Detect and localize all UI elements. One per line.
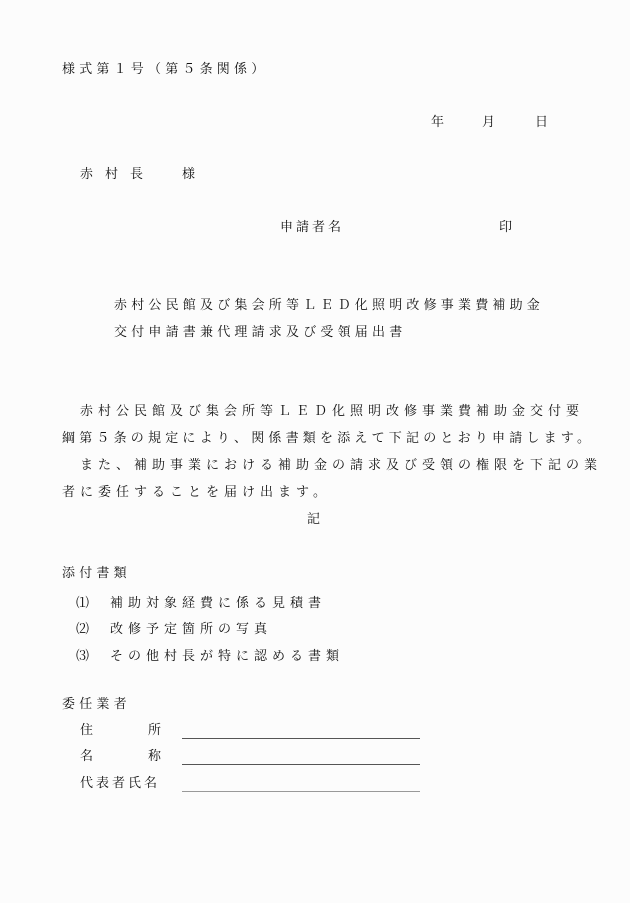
delegate-heading: 委任業者 <box>62 697 131 713</box>
company-name-input-line[interactable] <box>182 764 420 765</box>
field-label-address-a: 住 <box>80 723 93 739</box>
seal-mark: 印 <box>499 220 512 236</box>
attachment-text: 改修予定箇所の写真 <box>110 622 272 638</box>
field-label-name-b: 称 <box>148 749 161 765</box>
form-number: 様式第１号（第５条関係） <box>62 62 268 78</box>
field-label-representative: 代表者氏名 <box>80 776 160 792</box>
attachment-text: その他村長が特に認める書類 <box>110 649 344 665</box>
field-label-address-b: 所 <box>148 723 161 739</box>
body-line-2: 綱第５条の規定により、関係書類を添えて下記のとおり申請します。 <box>62 431 594 447</box>
ki-marker: 記 <box>307 512 320 528</box>
applicant-label: 申請者名 <box>280 220 344 236</box>
body-line-4: 者に委任することを届け出ます。 <box>62 485 331 501</box>
date-month-label: 月 <box>482 115 495 131</box>
address-input-line[interactable] <box>182 738 420 739</box>
body-line-1: 赤村公民館及び集会所等ＬＥＤ化照明改修事業費補助金交付要 <box>80 404 584 420</box>
date-day-label: 日 <box>535 115 548 131</box>
attachments-heading: 添付書類 <box>62 566 131 582</box>
title-line-1: 赤村公民館及び集会所等ＬＥＤ化照明改修事業費補助金 <box>114 298 544 314</box>
attachment-number: ⑵ <box>76 622 89 638</box>
attachment-number: ⑴ <box>76 596 89 612</box>
title-line-2: 交付申請書兼代理請求及び受領届出書 <box>114 325 406 341</box>
body-line-3: また、補助事業における補助金の請求及び受領の権限を下記の業 <box>80 458 602 474</box>
date-year-label: 年 <box>431 115 444 131</box>
attachment-number: ⑶ <box>76 649 89 665</box>
addressee-honorific: 様 <box>182 167 195 183</box>
attachment-text: 補助対象経費に係る見積書 <box>110 596 326 612</box>
representative-input-line[interactable] <box>182 791 420 792</box>
addressee-name: 赤村長 <box>80 167 155 183</box>
field-label-name-a: 名 <box>80 749 93 765</box>
